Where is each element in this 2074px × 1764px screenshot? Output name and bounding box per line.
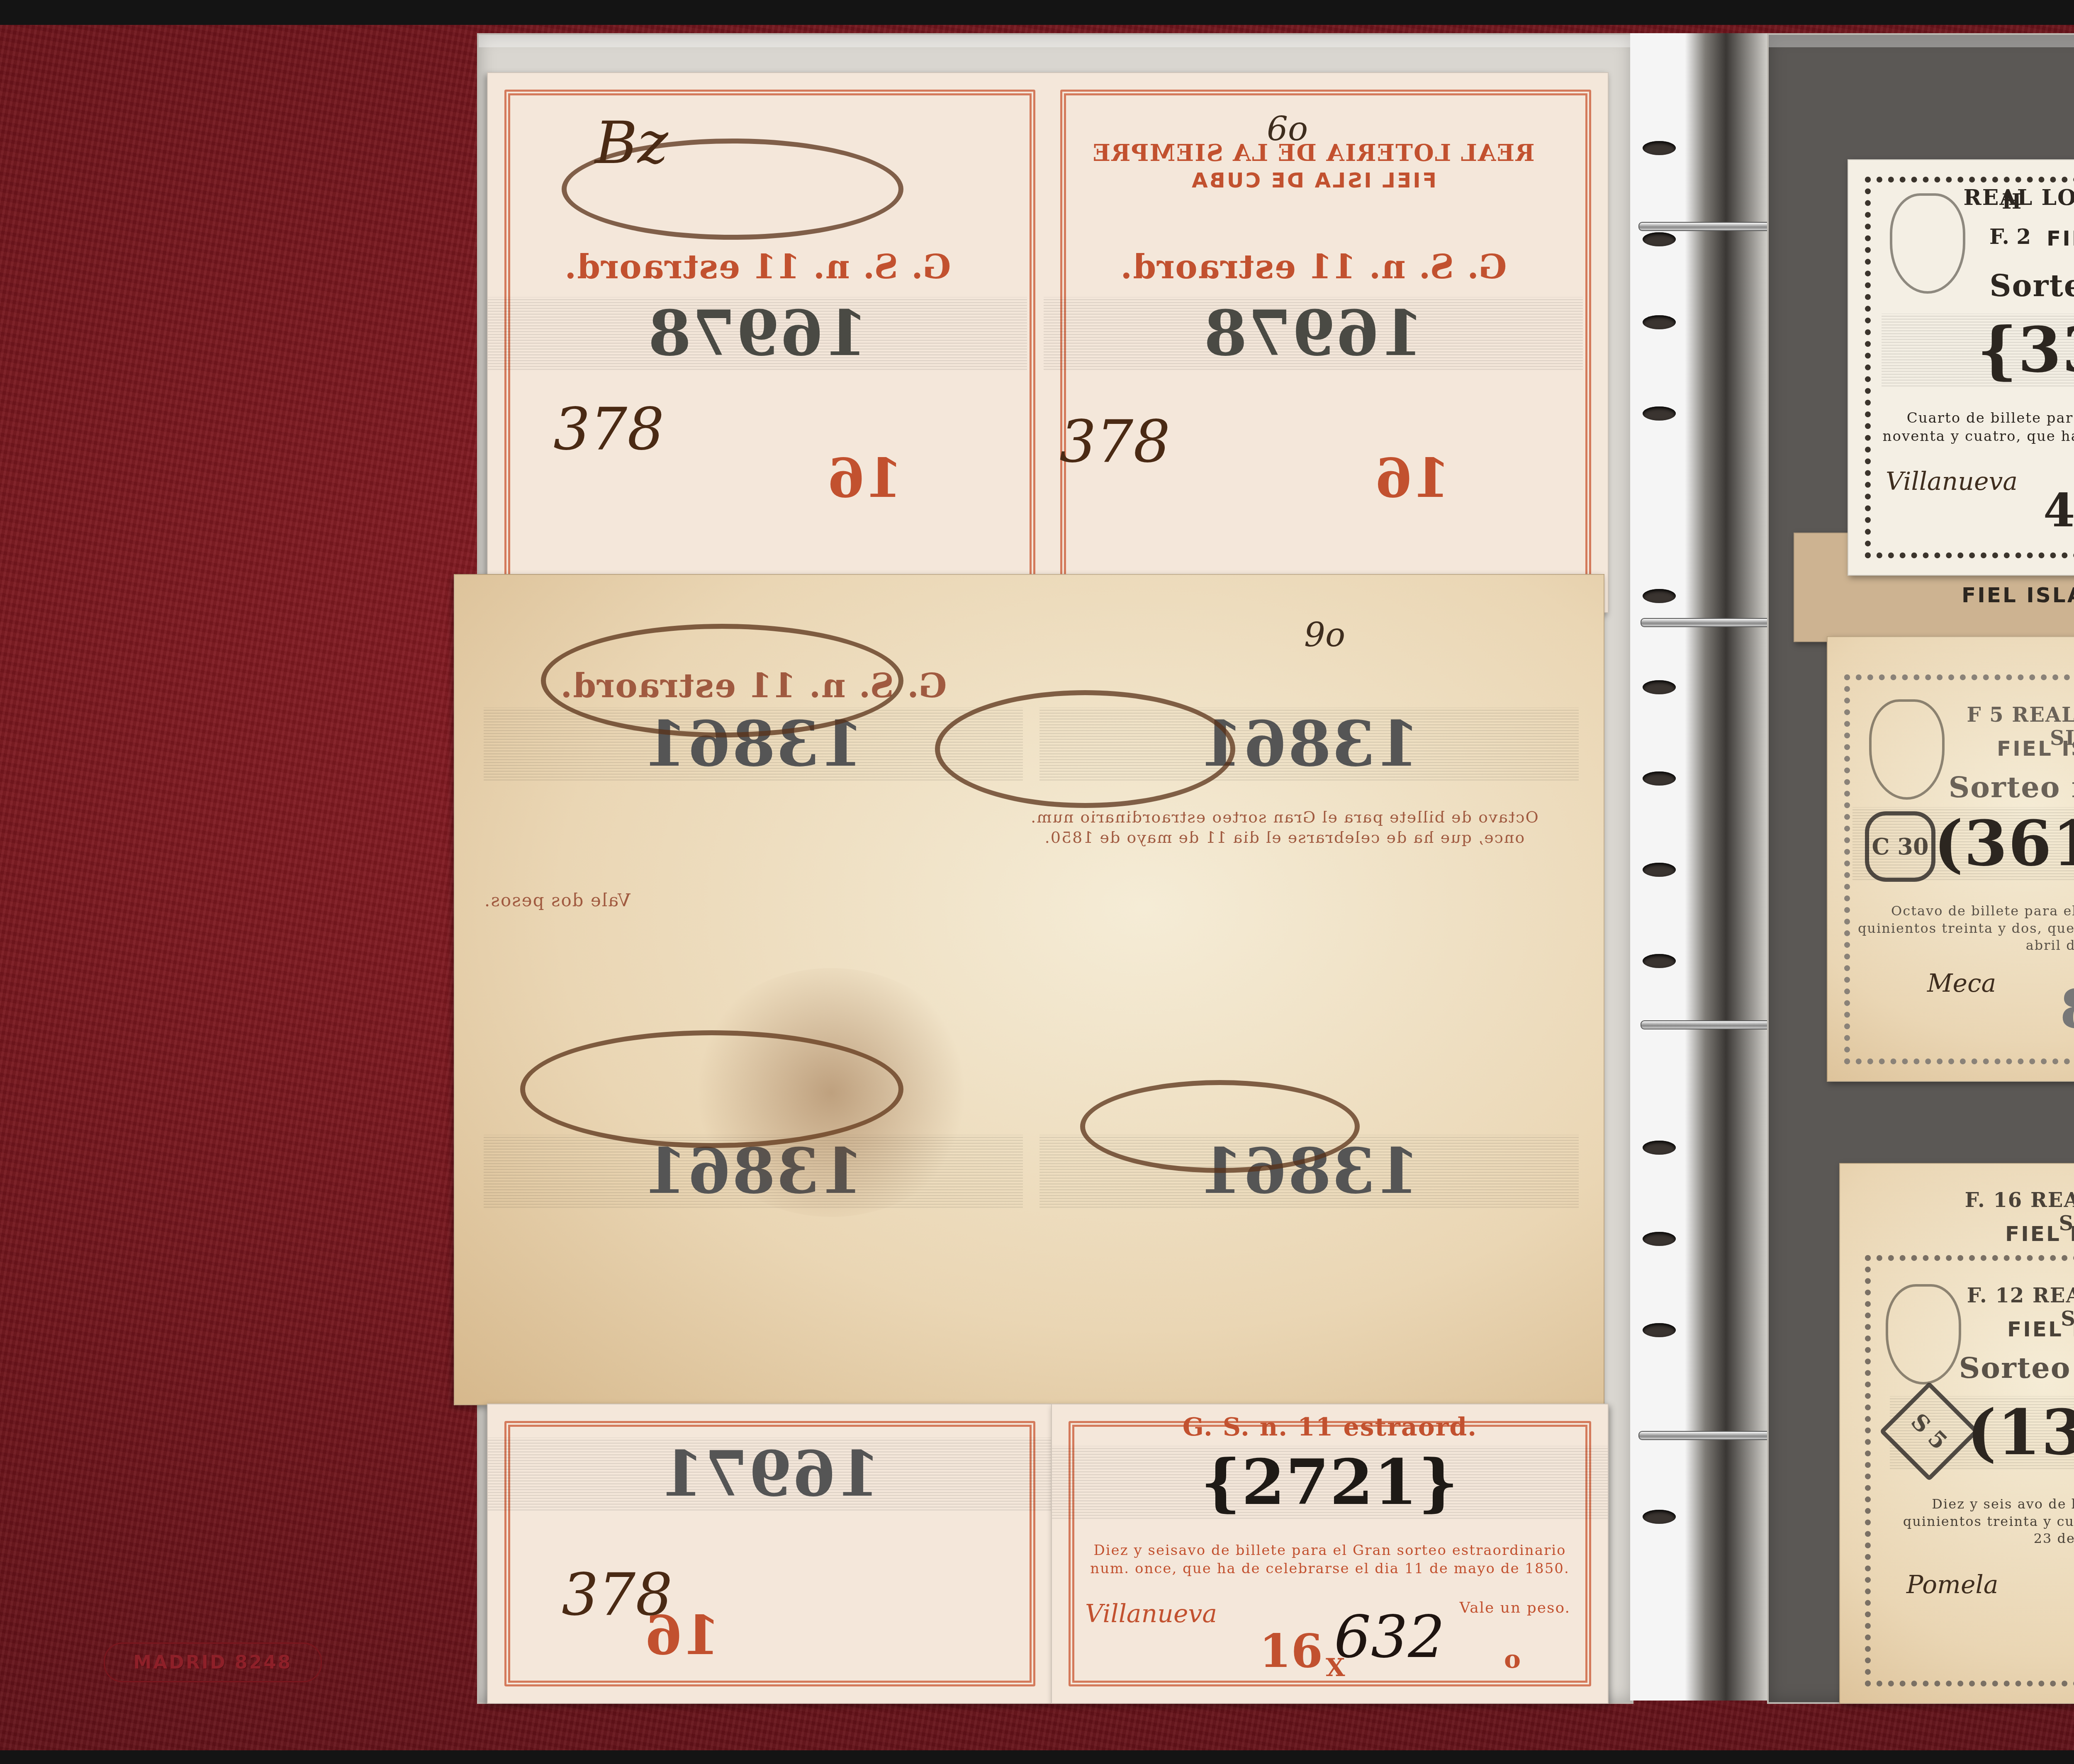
- lottery-title: REAL LOTERIA DE LA SIEMPRE: [1044, 139, 1583, 167]
- burn-stain: [686, 968, 976, 1217]
- fraction: 16: [1375, 446, 1450, 510]
- ink-flourish: [541, 624, 903, 737]
- ticket-description: Octavo de billete para el sorteo ordinar…: [1828, 903, 2074, 954]
- signature: Villanueva: [1886, 467, 2018, 496]
- ink-flourish: [935, 690, 1235, 808]
- draw-line: G. S. n. 11 estraord.: [1052, 1413, 1608, 1442]
- island-title: FIEL ISLA DE CUBA: [1794, 583, 2074, 607]
- ticket-number: 16971: [488, 1438, 1052, 1511]
- ticket-number: (13201): [1890, 1396, 2074, 1469]
- ticket-description: Cuarto de billete para el sorteo ordinar…: [1848, 409, 2074, 464]
- lottery-ticket-2721: G. S. n. 11 estraord. {2721} Diez y seis…: [1051, 1404, 1609, 1704]
- ticket-number: {2721}: [1052, 1446, 1608, 1519]
- ticket-value: Vale dos pesos.: [454, 890, 1023, 910]
- handwritten-mark: 378: [553, 396, 664, 463]
- serial-number: F. 16: [1965, 1189, 2023, 1212]
- draw-line: G. S. n. 11 estraord.: [488, 247, 1027, 286]
- series-letter: o: [1504, 1645, 1521, 1674]
- lottery-ticket-33425: H REAL LOTERIA DE LA SIEMPRE F. 2 FIEL I…: [1848, 159, 2074, 576]
- draw-line: Sorteo n. 532 ordin.: [1911, 770, 2074, 804]
- handwritten-mark: Bz: [595, 109, 668, 177]
- island-title: FIEL ISLA DE CUBA: [1911, 737, 2074, 761]
- mirrored-ticket-bottom-left: 16971 16: [487, 1404, 1053, 1704]
- draw-line: Sorteo n. 494 ordin.: [1923, 268, 2074, 303]
- ticket-description: Diez y seisavo de billete para el Gran s…: [1052, 1541, 1608, 1578]
- embossed-brand-logo: MADRID 8248: [104, 1642, 322, 1682]
- island-title: FIEL ISLA DE CUBA: [1931, 226, 2074, 251]
- signature: Meca: [1927, 969, 1996, 998]
- island-title: FIEL ISLA DE CUBA: [1044, 168, 1583, 192]
- marginal-number: 6o: [1267, 109, 1308, 148]
- ticket-description: Diez y seis avo de billete para el sorte…: [1873, 1496, 2074, 1547]
- handwritten-mark: 378: [562, 1561, 672, 1629]
- sleeve-top-edge: [1769, 35, 2074, 47]
- fraction: 16: [828, 446, 903, 510]
- fraction: 4: [2043, 484, 2074, 537]
- ticket-number: 16978: [1044, 297, 1583, 370]
- sleeve-top-edge: [479, 35, 1632, 47]
- serial-number: F 5: [1967, 703, 2004, 727]
- fraction: 16: [2072, 1574, 2074, 1633]
- signature: Villanueva: [1085, 1599, 1217, 1628]
- marginal-number: 9o: [1304, 616, 1345, 654]
- ink-flourish: [1080, 1080, 1360, 1173]
- ticket-number: {33425}: [1882, 314, 2074, 387]
- behind-island-title: FIEL ISLA DE CUBA: [1906, 1222, 2074, 1246]
- handwritten-number: 632: [1334, 1603, 1445, 1671]
- ticket-description: Octavo de billete para el Gran sorteo es…: [990, 807, 1579, 848]
- ticket-number: 16978: [488, 297, 1027, 370]
- fraction: 8: [2060, 977, 2074, 1041]
- handwritten-mark: 378: [1059, 408, 1170, 476]
- island-title: FIEL ISLA DE CUBA: [1911, 1317, 2074, 1341]
- serial-number: F. 12: [1967, 1284, 2025, 1307]
- lottery-title: REAL LOTERIA DE LA SIEMPRE: [1931, 185, 2074, 210]
- right-album-page: F. 3 REAL LOTERIA DE LA SIEMPRE D FIEL I…: [1767, 33, 2074, 1704]
- fraction: 16: [1259, 1624, 1323, 1678]
- lottery-ticket-13201: F. 16 REAL LOTERIA DE LA SIEMPRE G FIEL …: [1839, 1163, 2074, 1704]
- ticket-value: Vale cuatro reales.: [1840, 1545, 2074, 1562]
- ticket-number: (36106): [1852, 807, 2074, 880]
- draw-line: Sorteo n. 534 ordin.: [1911, 1350, 2074, 1385]
- signature: Pomela: [1906, 1570, 1998, 1599]
- lottery-ticket-36106: F 5 REAL LOTERIA DE LA SIEMPRE Ñ FIEL IS…: [1827, 636, 2074, 1082]
- draw-line: G. S. n. 11 estraord.: [1044, 247, 1583, 286]
- left-album-page: REAL LOTERIA DE LA SIEMPRE FIEL ISLA DE …: [477, 33, 1633, 1704]
